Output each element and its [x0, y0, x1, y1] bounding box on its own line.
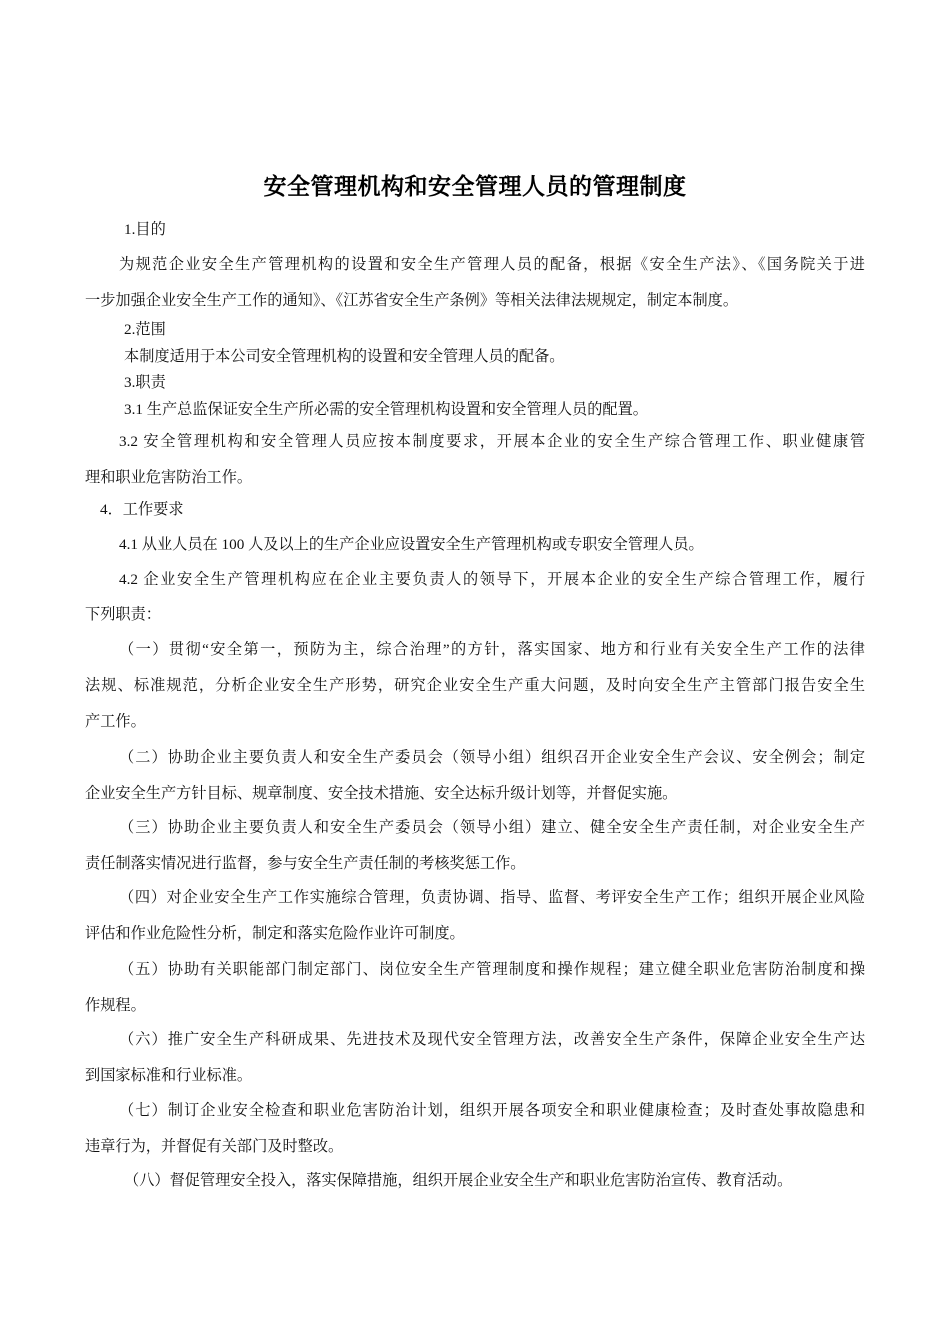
duty-item-2: （二）协助企业主要负责人和安全生产委员会（领导小组）组织召开企业安全生产会议、安… [119, 748, 865, 768]
duty-item-4: （四）对企业安全生产工作实施综合管理，负责协调、指导、监督、考评安全生产工作；组… [119, 888, 865, 908]
paragraph-line: 理和职业危害防治工作。 [85, 468, 252, 488]
paragraph-line: 企业安全生产方针目标、规章制度、安全技术措施、安全达标升级计划等，并督促实施。 [85, 784, 677, 804]
paragraph-line: 作规程。 [85, 996, 146, 1016]
paragraph-line: 评估和作业危险性分析，制定和落实危险作业许可制度。 [85, 924, 465, 944]
paragraph-line: 法规、标准规范，分析企业安全生产形势，研究企业安全生产重大问题，及时向安全生产主… [85, 676, 865, 696]
paragraph-line: 为规范企业安全生产管理机构的设置和安全生产管理人员的配备，根据《安全生产法》、《… [119, 255, 865, 275]
paragraph-line: 下列职责： [85, 605, 161, 625]
section-heading-work-requirements: 4．工作要求 [100, 500, 184, 520]
paragraph-line: 4.2 企业安全生产管理机构应在企业主要负责人的领导下，开展本企业的安全生产综合… [119, 570, 865, 590]
document-title: 安全管理机构和安全管理人员的管理制度 [0, 168, 950, 201]
duty-item-5: （五）协助有关职能部门制定部门、岗位安全生产管理制度和操作规程；建立健全职业危害… [119, 960, 865, 980]
duty-item-6: （六）推广安全生产科研成果、先进技术及现代安全管理方法，改善安全生产条件，保障企… [119, 1030, 865, 1050]
paragraph-line: 到国家标准和行业标准。 [85, 1066, 252, 1086]
paragraph-line: 产工作。 [85, 712, 146, 732]
section-heading-purpose: 1.目的 [124, 220, 166, 240]
paragraph-line: 违章行为，并督促有关部门及时整改。 [85, 1137, 343, 1157]
paragraph-line: 责任制落实情况进行监督，参与安全生产责任制的考核奖惩工作。 [85, 854, 525, 874]
duty-item-8: （八）督促管理安全投入，落实保障措施，组织开展企业安全生产和职业危害防治宣传、教… [124, 1171, 792, 1191]
paragraph-line: 一步加强企业安全生产工作的通知》、《江苏省安全生产条例》等相关法律法规规定，制定… [85, 291, 738, 311]
section-heading-scope: 2.范围 [124, 320, 166, 340]
duty-item-3: （三）协助企业主要负责人和安全生产委员会（领导小组）建立、健全安全生产责任制，对… [119, 818, 865, 838]
duty-item-7: （七）制订企业安全检查和职业危害防治计划，组织开展各项安全和职业健康检查；及时查… [119, 1101, 865, 1121]
paragraph-line: 4.1 从业人员在 100 人及以上的生产企业应设置安全生产管理机构或专职安全管… [119, 535, 704, 555]
paragraph-line: 3.2 安全管理机构和安全管理人员应按本制度要求，开展本企业的安全生产综合管理工… [119, 432, 865, 452]
paragraph-line: 本制度适用于本公司安全管理机构的设置和安全管理人员的配备。 [124, 347, 564, 367]
document-page: 安全管理机构和安全管理人员的管理制度 1.目的 为规范企业安全生产管理机构的设置… [0, 0, 950, 1344]
duty-item-1: （一）贯彻“安全第一，预防为主，综合治理”的方针，落实国家、地方和行业有关安全生… [119, 640, 865, 660]
section-heading-responsibilities: 3.职责 [124, 373, 166, 393]
paragraph-line: 3.1 生产总监保证安全生产所必需的安全管理机构设置和安全管理人员的配置。 [124, 400, 648, 420]
